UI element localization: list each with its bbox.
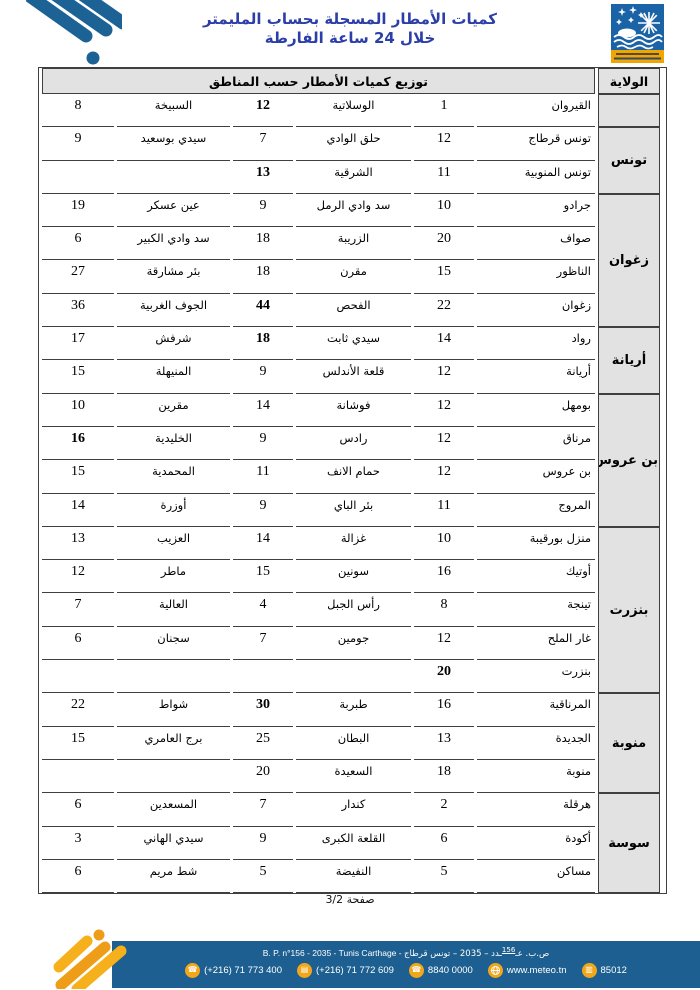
station-name-cell: العزيب bbox=[117, 527, 230, 560]
station-name-cell: عين عسكر bbox=[117, 194, 230, 227]
contact-item: ▤(+216) 71 772 609 bbox=[297, 963, 394, 978]
rain-value-cell: 15 bbox=[42, 727, 114, 760]
station-name-cell: سونين bbox=[296, 560, 411, 593]
rain-value-cell: 16 bbox=[414, 693, 474, 726]
station-name-cell: شواط bbox=[117, 693, 230, 726]
table-header-row: الولايةتوزيع كميات الأمطار حسب المناطق bbox=[42, 68, 660, 94]
contact-item: ☎8840 0000 bbox=[409, 963, 473, 978]
contact-label: www.meteo.tn bbox=[507, 965, 567, 976]
station-name-cell: بنزرت bbox=[477, 660, 595, 693]
rain-value-cell: 15 bbox=[233, 560, 293, 593]
rain-value-cell: 18 bbox=[233, 260, 293, 293]
rainfall-table-wrap: الولايةتوزيع كميات الأمطار حسب المناطقال… bbox=[38, 67, 667, 894]
contact-item: www.meteo.tn bbox=[488, 963, 567, 978]
rain-value-cell: 16 bbox=[42, 427, 114, 460]
rain-value-cell: 30 bbox=[233, 693, 293, 726]
rain-value-cell: 14 bbox=[233, 394, 293, 427]
rain-value-cell: 7 bbox=[233, 627, 293, 660]
station-row: أوتيك16سونين15ماطر12 bbox=[42, 560, 660, 593]
rain-value-cell: 7 bbox=[42, 593, 114, 626]
station-name-cell: مقرين bbox=[117, 394, 230, 427]
rain-value-cell: 20 bbox=[414, 660, 474, 693]
station-name-cell: تينجة bbox=[477, 593, 595, 626]
station-name-cell: القيروان bbox=[477, 94, 595, 127]
station-name-cell: المنيهلة bbox=[117, 360, 230, 393]
rain-value-cell: 6 bbox=[42, 227, 114, 260]
footer-address-latin: B. P. n°156 - 2035 - Tunis Carthage - bbox=[263, 948, 404, 958]
rain-value-cell: 15 bbox=[42, 360, 114, 393]
rain-value-cell bbox=[233, 660, 293, 693]
rainfall-table: الولايةتوزيع كميات الأمطار حسب المناطقال… bbox=[39, 68, 663, 893]
contact-label: 85012 bbox=[601, 965, 627, 976]
station-name-cell bbox=[296, 660, 411, 693]
rain-value-cell: 13 bbox=[42, 527, 114, 560]
station-name-cell: بئر الباي bbox=[296, 494, 411, 527]
title-line-1: كميات الأمطار المسجلة بحساب المليمتر bbox=[140, 10, 560, 29]
contact-label: (+216) 71 772 609 bbox=[316, 965, 394, 976]
governorate-cell: بنزرت bbox=[598, 527, 660, 693]
rain-value-cell: 12 bbox=[414, 394, 474, 427]
rain-value-cell: 15 bbox=[414, 260, 474, 293]
station-name-cell: جرادو bbox=[477, 194, 595, 227]
governorate-cell: تونس bbox=[598, 127, 660, 194]
rain-value-cell: 6 bbox=[414, 827, 474, 860]
footer-address-ar-suffix: ـدد – 2035 – تونس قرطاج bbox=[404, 949, 502, 959]
station-row: منوبةالمرناقية16طبربة30شواط22 bbox=[42, 693, 660, 726]
station-name-cell: سيدي بوسعيد bbox=[117, 127, 230, 160]
station-name-cell: أوتيك bbox=[477, 560, 595, 593]
governorate-cell: أريانة bbox=[598, 327, 660, 394]
rain-value-cell: 12 bbox=[414, 627, 474, 660]
rain-value-cell: 11 bbox=[414, 161, 474, 194]
station-name-cell: السبيخة bbox=[117, 94, 230, 127]
rain-value-cell: 7 bbox=[233, 127, 293, 160]
rain-value-cell: 14 bbox=[414, 327, 474, 360]
rain-value-cell bbox=[42, 660, 114, 693]
logo-dot bbox=[87, 52, 100, 65]
station-name-cell: غزالة bbox=[296, 527, 411, 560]
station-row: غار الملح12جومين7سجنان6 bbox=[42, 627, 660, 660]
rain-value-cell: 18 bbox=[414, 760, 474, 793]
station-row: أريانةرواد14سيدي ثابت18شرفش17 bbox=[42, 327, 660, 360]
station-name-cell: كندار bbox=[296, 793, 411, 826]
rain-value-cell: 17 bbox=[42, 327, 114, 360]
station-name-cell: جومين bbox=[296, 627, 411, 660]
station-name-cell: العالية bbox=[117, 593, 230, 626]
station-row: زغوانجرادو10سد وادي الرمل9عين عسكر19 bbox=[42, 194, 660, 227]
station-name-cell: بومهل bbox=[477, 394, 595, 427]
station-name-cell: منزل بورقيبة bbox=[477, 527, 595, 560]
station-row: سوسةهرقلة2كندار7المسعدين6 bbox=[42, 793, 660, 826]
governorate-cell: زغوان bbox=[598, 194, 660, 327]
rain-value-cell: 10 bbox=[42, 394, 114, 427]
station-name-cell: سيدي ثابت bbox=[296, 327, 411, 360]
station-name-cell: شرفش bbox=[117, 327, 230, 360]
rain-value-cell: 15 bbox=[42, 460, 114, 493]
station-name-cell: حمام الانف bbox=[296, 460, 411, 493]
rain-value-cell: 12 bbox=[414, 127, 474, 160]
governorate-cell bbox=[598, 94, 660, 127]
station-row: تونستونس قرطاج12حلق الوادي7سيدي بوسعيد9 bbox=[42, 127, 660, 160]
station-name-cell: حلق الوادي bbox=[296, 127, 411, 160]
station-name-cell: النفيضة bbox=[296, 860, 411, 893]
station-name-cell: تونس قرطاج bbox=[477, 127, 595, 160]
rain-value-cell: 11 bbox=[233, 460, 293, 493]
station-name-cell: سيدي الهاني bbox=[117, 827, 230, 860]
rain-value-cell: 12 bbox=[414, 360, 474, 393]
station-name-cell: رادس bbox=[296, 427, 411, 460]
rain-value-cell: 3 bbox=[42, 827, 114, 860]
governorate-column-header: الولاية bbox=[598, 68, 660, 94]
footer-address-number: 156 bbox=[502, 946, 515, 954]
sunburst bbox=[638, 12, 660, 34]
rain-value-cell: 9 bbox=[233, 827, 293, 860]
station-name-cell bbox=[117, 161, 230, 194]
station-name-cell: هرقلة bbox=[477, 793, 595, 826]
station-name-cell: مقرن bbox=[296, 260, 411, 293]
sms-icon: ▥ bbox=[582, 963, 597, 978]
page-title: كميات الأمطار المسجلة بحساب المليمتر خلا… bbox=[140, 10, 560, 48]
station-name-cell: شط مريم bbox=[117, 860, 230, 893]
station-row: المروج11بئر الباي9أوزرة14 bbox=[42, 494, 660, 527]
station-row: أريانة12قلعة الأندلس9المنيهلة15 bbox=[42, 360, 660, 393]
governorate-cell: منوبة bbox=[598, 693, 660, 793]
rainfall-bulletin-page: كميات الأمطار المسجلة بحساب المليمتر خلا… bbox=[0, 0, 700, 990]
rain-value-cell: 14 bbox=[233, 527, 293, 560]
station-name-cell: الوسلاتية bbox=[296, 94, 411, 127]
station-name-cell: المرناقية bbox=[477, 693, 595, 726]
station-name-cell: الشرقية bbox=[296, 161, 411, 194]
station-name-cell: زغوان bbox=[477, 294, 595, 327]
contact-label: (+216) 71 773 400 bbox=[204, 965, 282, 976]
rain-value-cell: 5 bbox=[414, 860, 474, 893]
emblem-orange-band bbox=[611, 50, 664, 63]
station-name-cell: مرناق bbox=[477, 427, 595, 460]
station-name-cell: منوبة bbox=[477, 760, 595, 793]
station-row: مساكن5النفيضة5شط مريم6 bbox=[42, 860, 660, 893]
station-row: منوبة18السعيدة20 bbox=[42, 760, 660, 793]
station-name-cell: الجديدة bbox=[477, 727, 595, 760]
station-name-cell: أكودة bbox=[477, 827, 595, 860]
station-row: القيروان1الوسلاتية12السبيخة8 bbox=[42, 94, 660, 127]
rain-value-cell: 1 bbox=[414, 94, 474, 127]
footer-address-ar-prefix: ص.ب. عـ bbox=[515, 949, 549, 959]
globe-icon bbox=[488, 963, 503, 978]
rain-value-cell: 13 bbox=[233, 161, 293, 194]
station-name-cell: برج العامري bbox=[117, 727, 230, 760]
rain-value-cell: 9 bbox=[233, 494, 293, 527]
governorate-cell: سوسة bbox=[598, 793, 660, 893]
station-name-cell: الزريبة bbox=[296, 227, 411, 260]
station-name-cell: قلعة الأندلس bbox=[296, 360, 411, 393]
rain-value-cell: 6 bbox=[42, 627, 114, 660]
rain-value-cell: 8 bbox=[42, 94, 114, 127]
station-name-cell: بن عروس bbox=[477, 460, 595, 493]
footer-contacts: ☎(+216) 71 773 400▤(+216) 71 772 609☎884… bbox=[112, 963, 700, 978]
rain-value-cell: 18 bbox=[233, 327, 293, 360]
rain-value-cell: 22 bbox=[414, 294, 474, 327]
rain-value-cell: 9 bbox=[42, 127, 114, 160]
rain-value-cell: 9 bbox=[233, 360, 293, 393]
station-name-cell: الناظور bbox=[477, 260, 595, 293]
station-name-cell: أريانة bbox=[477, 360, 595, 393]
footer-address: B. P. n°156 - 2035 - Tunis Carthage - ص.… bbox=[112, 946, 700, 959]
rain-value-cell: 12 bbox=[414, 427, 474, 460]
rain-value-cell: 22 bbox=[42, 693, 114, 726]
station-row: تينجة8رأس الجبل4العالية7 bbox=[42, 593, 660, 626]
rain-value-cell: 27 bbox=[42, 260, 114, 293]
rain-value-cell: 5 bbox=[233, 860, 293, 893]
station-name-cell: رأس الجبل bbox=[296, 593, 411, 626]
rain-value-cell: 13 bbox=[414, 727, 474, 760]
station-row: تونس المنوبية11الشرقية13 bbox=[42, 161, 660, 194]
station-name-cell: تونس المنوبية bbox=[477, 161, 595, 194]
inm-yellow-diagonal-stripes-logo bbox=[53, 927, 141, 989]
station-name-cell: الخليدية bbox=[117, 427, 230, 460]
rain-value-cell: 8 bbox=[414, 593, 474, 626]
rain-value-cell: 6 bbox=[42, 793, 114, 826]
rain-value-cell: 12 bbox=[233, 94, 293, 127]
station-row: بن عروسبومهل12فوشانة14مقرين10 bbox=[42, 394, 660, 427]
station-row: بن عروس12حمام الانف11المحمدية15 bbox=[42, 460, 660, 493]
rain-value-cell: 2 bbox=[414, 793, 474, 826]
station-row: الناظور15مقرن18بئر مشارقة27 bbox=[42, 260, 660, 293]
station-name-cell: مساكن bbox=[477, 860, 595, 893]
rain-value-cell: 18 bbox=[233, 227, 293, 260]
rain-value-cell: 14 bbox=[42, 494, 114, 527]
station-row: أكودة6القلعة الكبرى9سيدي الهاني3 bbox=[42, 827, 660, 860]
rain-value-cell: 11 bbox=[414, 494, 474, 527]
rain-value-cell: 9 bbox=[233, 194, 293, 227]
rain-value-cell: 19 bbox=[42, 194, 114, 227]
rain-value-cell: 10 bbox=[414, 527, 474, 560]
rain-value-cell: 25 bbox=[233, 727, 293, 760]
station-name-cell: سد وادي الكبير bbox=[117, 227, 230, 260]
station-name-cell: ماطر bbox=[117, 560, 230, 593]
station-row: زغوان22الفحص44الجوف الغربية36 bbox=[42, 294, 660, 327]
station-name-cell bbox=[117, 660, 230, 693]
station-name-cell: صواف bbox=[477, 227, 595, 260]
station-row: الجديدة13البطان25برج العامري15 bbox=[42, 727, 660, 760]
rain-value-cell: 4 bbox=[233, 593, 293, 626]
station-name-cell: المروج bbox=[477, 494, 595, 527]
station-row: صواف20الزريبة18سد وادي الكبير6 bbox=[42, 227, 660, 260]
rain-value-cell: 9 bbox=[233, 427, 293, 460]
footer-bar: B. P. n°156 - 2035 - Tunis Carthage - ص.… bbox=[112, 941, 700, 988]
station-row: بنزرتمنزل بورقيبة10غزالة14العزيب13 bbox=[42, 527, 660, 560]
rain-value-cell: 12 bbox=[414, 460, 474, 493]
rain-value-cell bbox=[42, 760, 114, 793]
fax-icon: ▤ bbox=[297, 963, 312, 978]
station-name-cell: سد وادي الرمل bbox=[296, 194, 411, 227]
station-name-cell: البطان bbox=[296, 727, 411, 760]
phone-icon: ☎ bbox=[185, 963, 200, 978]
station-name-cell: طبربة bbox=[296, 693, 411, 726]
station-name-cell: سجنان bbox=[117, 627, 230, 660]
station-name-cell: رواد bbox=[477, 327, 595, 360]
station-name-cell: أوزرة bbox=[117, 494, 230, 527]
title-line-2: خلال 24 ساعة الفارطة bbox=[140, 29, 560, 48]
station-name-cell bbox=[117, 760, 230, 793]
rain-value-cell: 12 bbox=[42, 560, 114, 593]
inm-emblem-logo bbox=[611, 4, 664, 63]
rain-value-cell: 20 bbox=[414, 227, 474, 260]
rain-value-cell: 7 bbox=[233, 793, 293, 826]
station-name-cell: المسعدين bbox=[117, 793, 230, 826]
station-name-cell: غار الملح bbox=[477, 627, 595, 660]
rain-value-cell: 20 bbox=[233, 760, 293, 793]
station-name-cell: الفحص bbox=[296, 294, 411, 327]
station-name-cell: القلعة الكبرى bbox=[296, 827, 411, 860]
station-name-cell: السعيدة bbox=[296, 760, 411, 793]
distribution-header: توزيع كميات الأمطار حسب المناطق bbox=[42, 68, 595, 94]
station-row: مرناق12رادس9الخليدية16 bbox=[42, 427, 660, 460]
station-name-cell: المحمدية bbox=[117, 460, 230, 493]
contact-label: 8840 0000 bbox=[428, 965, 473, 976]
rain-value-cell: 6 bbox=[42, 860, 114, 893]
station-row: بنزرت20 bbox=[42, 660, 660, 693]
station-name-cell: الجوف الغربية bbox=[117, 294, 230, 327]
rain-value-cell: 36 bbox=[42, 294, 114, 327]
contact-item: ▥85012 bbox=[582, 963, 627, 978]
page-number-label: صفحة 3/2 bbox=[0, 893, 700, 906]
rain-value-cell: 16 bbox=[414, 560, 474, 593]
governorate-cell: بن عروس bbox=[598, 394, 660, 527]
station-name-cell: بئر مشارقة bbox=[117, 260, 230, 293]
mobile-phone-icon: ☎ bbox=[409, 963, 424, 978]
contact-item: ☎(+216) 71 773 400 bbox=[185, 963, 282, 978]
rain-value-cell: 10 bbox=[414, 194, 474, 227]
rain-value-cell: 44 bbox=[233, 294, 293, 327]
rain-value-cell bbox=[42, 161, 114, 194]
station-name-cell: فوشانة bbox=[296, 394, 411, 427]
